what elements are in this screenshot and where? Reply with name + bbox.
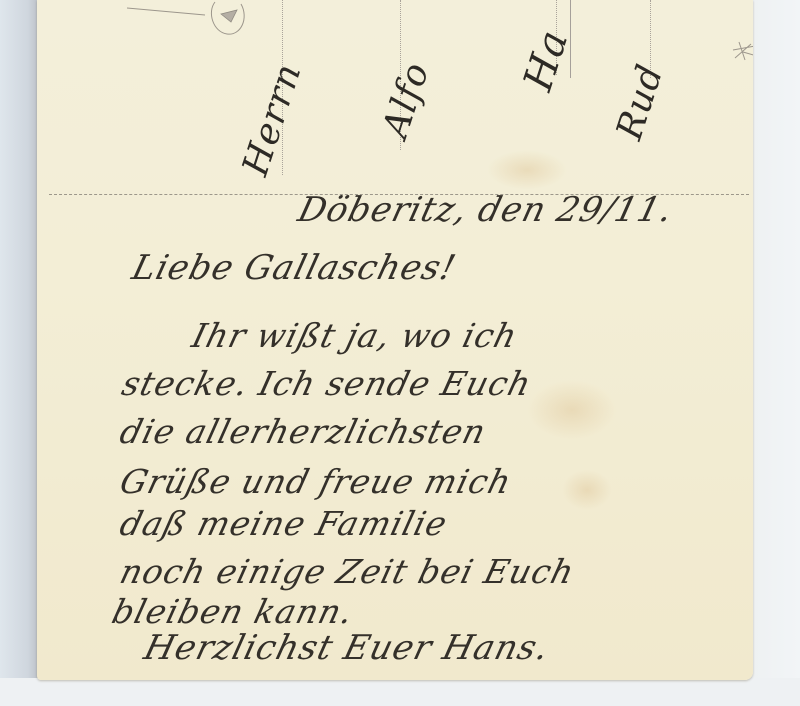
paper-stain — [527, 380, 617, 440]
postcard: Herrn Alfo Ha Rud Döberitz, den 29/11. L… — [37, 0, 753, 680]
background-right — [752, 0, 800, 706]
body-line: daß meine Familie — [116, 504, 452, 543]
paper-stain — [562, 470, 612, 510]
closing-signature: Herzlichst Euer Hans. — [140, 628, 554, 668]
paper-stain — [487, 150, 567, 190]
address-line-2: Alfo — [375, 57, 438, 142]
body-line: Ihr wißt ja, wo ich — [188, 316, 522, 355]
address-line-1: Herrn — [235, 58, 310, 180]
body-line: stecke. Ich sende Euch — [118, 364, 536, 403]
background-bottom — [0, 678, 800, 706]
dateline: Döberitz, den 29/11. — [294, 190, 677, 230]
body-line: die allerherzlichsten — [116, 412, 490, 451]
pencil-star-icon — [729, 40, 753, 62]
body-line: Grüße und freue mich — [116, 462, 516, 501]
body-line: noch einige Zeit bei Euch — [116, 552, 579, 591]
address-line-4: Rud — [609, 59, 672, 144]
body-line: bleiben kann. — [108, 592, 358, 631]
pencil-sketch-icon — [127, 0, 257, 40]
address-line-3: Ha — [515, 24, 578, 96]
salutation: Liebe Gallasches! — [128, 248, 460, 288]
background-left — [0, 0, 40, 706]
